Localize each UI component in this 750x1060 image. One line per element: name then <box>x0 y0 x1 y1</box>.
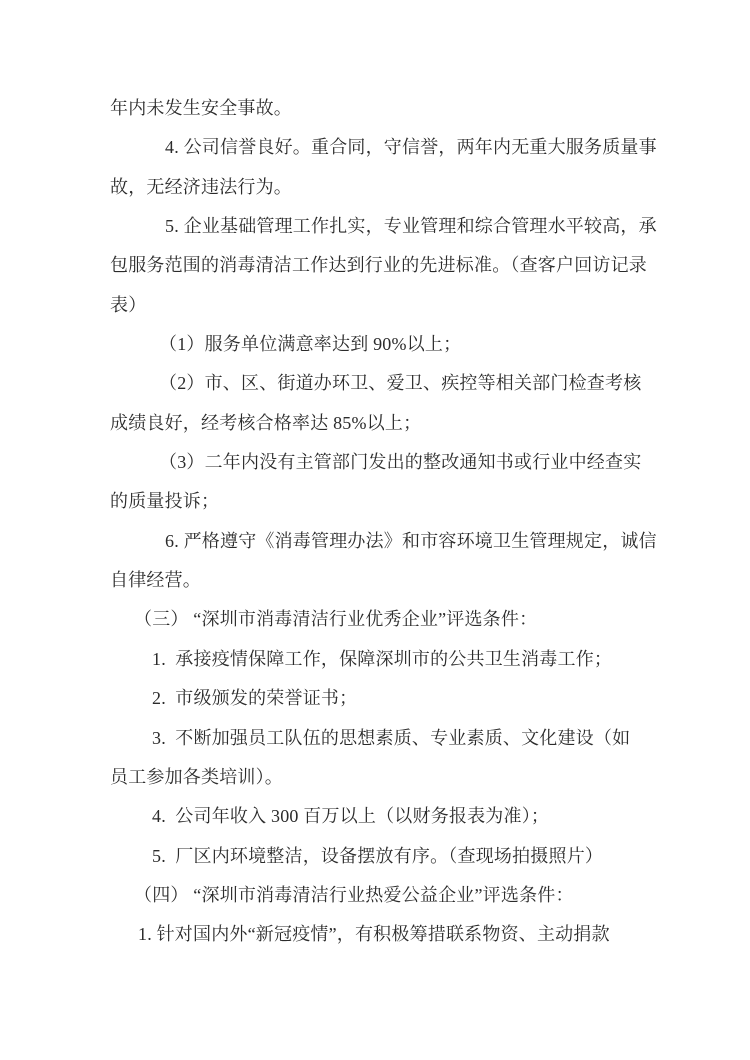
text-line: 5. 企业基础管理工作扎实，专业管理和综合管理水平较高，承 <box>110 207 650 246</box>
document-text-block: 年内未发生安全事故。 4. 公司信誉良好。重合同，守信誉，两年内无重大服务质量事… <box>110 89 650 955</box>
text-line: 自律经营。 <box>110 561 650 600</box>
text-line: 包服务范围的消毒清洁工作达到行业的先进标准。（查客户回访记录 <box>110 246 650 285</box>
text-line: 5. 厂区内环境整洁，设备摆放有序。（查现场拍摄照片） <box>110 837 650 876</box>
text-line: 6. 严格遵守《消毒管理办法》和市容环境卫生管理规定，诚信 <box>110 522 650 561</box>
document-page: 年内未发生安全事故。 4. 公司信誉良好。重合同，守信誉，两年内无重大服务质量事… <box>0 0 750 1060</box>
section-heading: （四） “深圳市消毒清洁行业热爱公益企业”评选条件： <box>110 876 650 915</box>
text-line: （1）服务单位满意率达到 90%以上； <box>110 325 650 364</box>
text-line: 员工参加各类培训）。 <box>110 758 650 797</box>
text-line: 4. 公司信誉良好。重合同，守信誉，两年内无重大服务质量事 <box>110 128 650 167</box>
text-line: 故，无经济违法行为。 <box>110 168 650 207</box>
text-line: 2. 市级颁发的荣誉证书； <box>110 679 650 718</box>
section-heading: （三） “深圳市消毒清洁行业优秀企业”评选条件： <box>110 600 650 639</box>
text-line: 1. 承接疫情保障工作，保障深圳市的公共卫生消毒工作； <box>110 640 650 679</box>
text-line: 表） <box>110 286 650 325</box>
text-line: （3）二年内没有主管部门发出的整改通知书或行业中经查实 <box>110 443 650 482</box>
text-line: 1. 针对国内外“新冠疫情”，有积极筹措联系物资、主动捐款 <box>110 915 650 954</box>
text-line: 成绩良好，经考核合格率达 85%以上； <box>110 404 650 443</box>
text-line: （2）市、区、街道办环卫、爱卫、疾控等相关部门检查考核 <box>110 364 650 403</box>
text-line: 的质量投诉； <box>110 482 650 521</box>
text-line: 年内未发生安全事故。 <box>110 89 650 128</box>
text-line: 3. 不断加强员工队伍的思想素质、专业素质、文化建设（如 <box>110 719 650 758</box>
text-line: 4. 公司年收入 300 百万以上（以财务报表为准）； <box>110 797 650 836</box>
